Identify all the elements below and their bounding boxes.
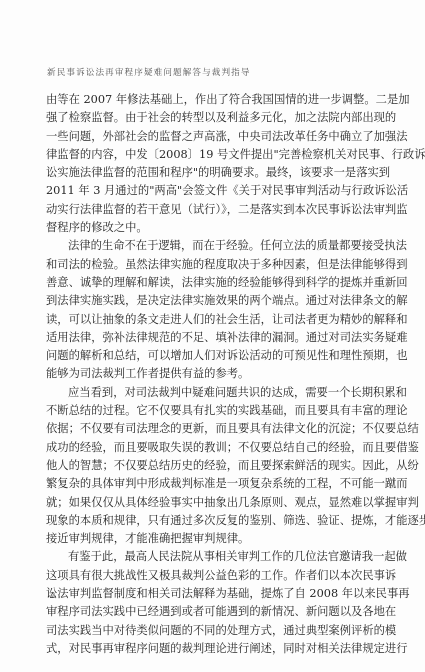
paragraph: 法律的生命不在于逻辑，而在于经验。任何立法的质量都要接受执法和司法的检验。虽然法… — [46, 237, 382, 383]
page-number: 2 — [50, 591, 55, 601]
text-line: 一些问题，外部社会的监督之声高涨，中央司法改革任务中确立了加强法 — [46, 128, 382, 146]
text-line: 式，对民事再审程序问题的裁判理论进行阐述，同时对相关法律规定进行 — [46, 640, 382, 658]
text-line: 善意、诚挚的理解和解读，法律实施的经验能够得到科学的提炼并重新回 — [46, 274, 382, 292]
text-line: 强了检察监督。由于社会的转型以及利益多元化，加之法院内部出现的 — [46, 109, 382, 127]
text-line: 讼实施法律监督的范围和程序"的明确要求。最终，该要求一是落实到 — [46, 164, 382, 182]
text-line: 就；如果仅仅从具体经验事实中抽象出几条原则、观点，显然难以掌握审判 — [46, 494, 382, 512]
running-header: 新民事诉讼法再审程序疑难问题解答与裁判指导 — [47, 66, 251, 78]
text-line: 读，可以让抽象的条文走进人们的社会生活，让司法者更为精妙的解释和 — [46, 311, 382, 329]
text-line: 现象的本质和规律，只有通过多次反复的鉴别、筛选、验证、提炼，才能逐步 — [46, 512, 382, 530]
text-line: 审程序司法实践中已经遇到或者可能遇到的新情况、新问题以及各地在 — [46, 603, 382, 621]
text-line: 和司法的检验。虽然法律实施的程度取决于多种因素，但是法律能够得到 — [46, 256, 382, 274]
text-line: 依据；不仅要有司法理念的更新，而且要具有法律文化的沉淀；不仅要总结 — [46, 420, 382, 438]
text-line: 应当看到，对司法裁判中疑难问题共识的达成，需要一个长期积累和 — [46, 384, 382, 402]
text-line: 繁复杂的具体审判中形成裁判标准是一项复杂系统的工程，不可能一蹴而 — [46, 475, 382, 493]
text-line: 他人的智慧；不仅要总结历史的经验，而且要探索鲜活的现实。因此，从纷 — [46, 457, 382, 475]
text-line: 不断总结的过程。它不仅要具有扎实的实践基础，而且要具有丰富的理论 — [46, 402, 382, 420]
text-line: 2011 年 3 月通过的"两高"会签文件《关于对民事审判活动与行政诉讼活 — [46, 182, 382, 200]
book-page: 新民事诉讼法再审程序疑难问题解答与裁判指导 由等在 2007 年修法基础上，作出… — [0, 0, 425, 672]
text-line: 接近审判规律，才能准确把握审判规律。 — [46, 530, 382, 548]
text-line: 适用法律，弥补法律规范的不足、填补法律的漏洞。通过对司法实务疑难 — [46, 329, 382, 347]
text-line: 律监督的内容，中发〔2008〕19 号文件提出"完善检察机关对民事、行政诉 — [46, 146, 382, 164]
text-line: 动实行法律监督的若干意见（试行）》，二是落实到本次民事诉讼法审判监 — [46, 201, 382, 219]
paragraph: 应当看到，对司法裁判中疑难问题共识的达成，需要一个长期积累和不断总结的过程。它不… — [46, 384, 382, 549]
text-line: 问题的解析和总结，可以增加人们对诉讼活动的可预见性和理性预期，也 — [46, 347, 382, 365]
text-line: 到法律实施实践，是决定法律实施效果的两个端点。通过对法律条文的解 — [46, 292, 382, 310]
paragraph: 由等在 2007 年修法基础上，作出了符合我国国情的进一步调整。二是加强了检察监… — [46, 91, 382, 237]
text-line: 有鉴于此，最高人民法院从事相关审判工作的几位法官邀请我一起做 — [46, 548, 382, 566]
text-line: 督程序的修改之中。 — [46, 219, 382, 237]
text-line: 法律的生命不在于逻辑，而在于经验。任何立法的质量都要接受执法 — [46, 237, 382, 255]
text-line: 能够为司法裁判工作者提供有益的参考。 — [46, 365, 382, 383]
text-line: 由等在 2007 年修法基础上，作出了符合我国国情的进一步调整。二是加 — [46, 91, 382, 109]
text-line: 讼法审判监督制度和相关司法解释为基础，提炼了自 2008 年以来民事再 — [46, 585, 382, 603]
text-line: 这项具有很大挑战性又极具裁判公益色彩的工作。作者们以本次民事诉 — [46, 567, 382, 585]
text-line: 成功的经验，而且要吸取失误的教训；不仅要总结自己的经验，而且要借鉴 — [46, 439, 382, 457]
body-text: 由等在 2007 年修法基础上，作出了符合我国国情的进一步调整。二是加强了检察监… — [46, 91, 382, 658]
text-line: 司法实践当中对待类似问题的不同的处理方式，通过典型案例评析的模 — [46, 622, 382, 640]
paragraph: 有鉴于此，最高人民法院从事相关审判工作的几位法官邀请我一起做这项具有很大挑战性又… — [46, 548, 382, 658]
